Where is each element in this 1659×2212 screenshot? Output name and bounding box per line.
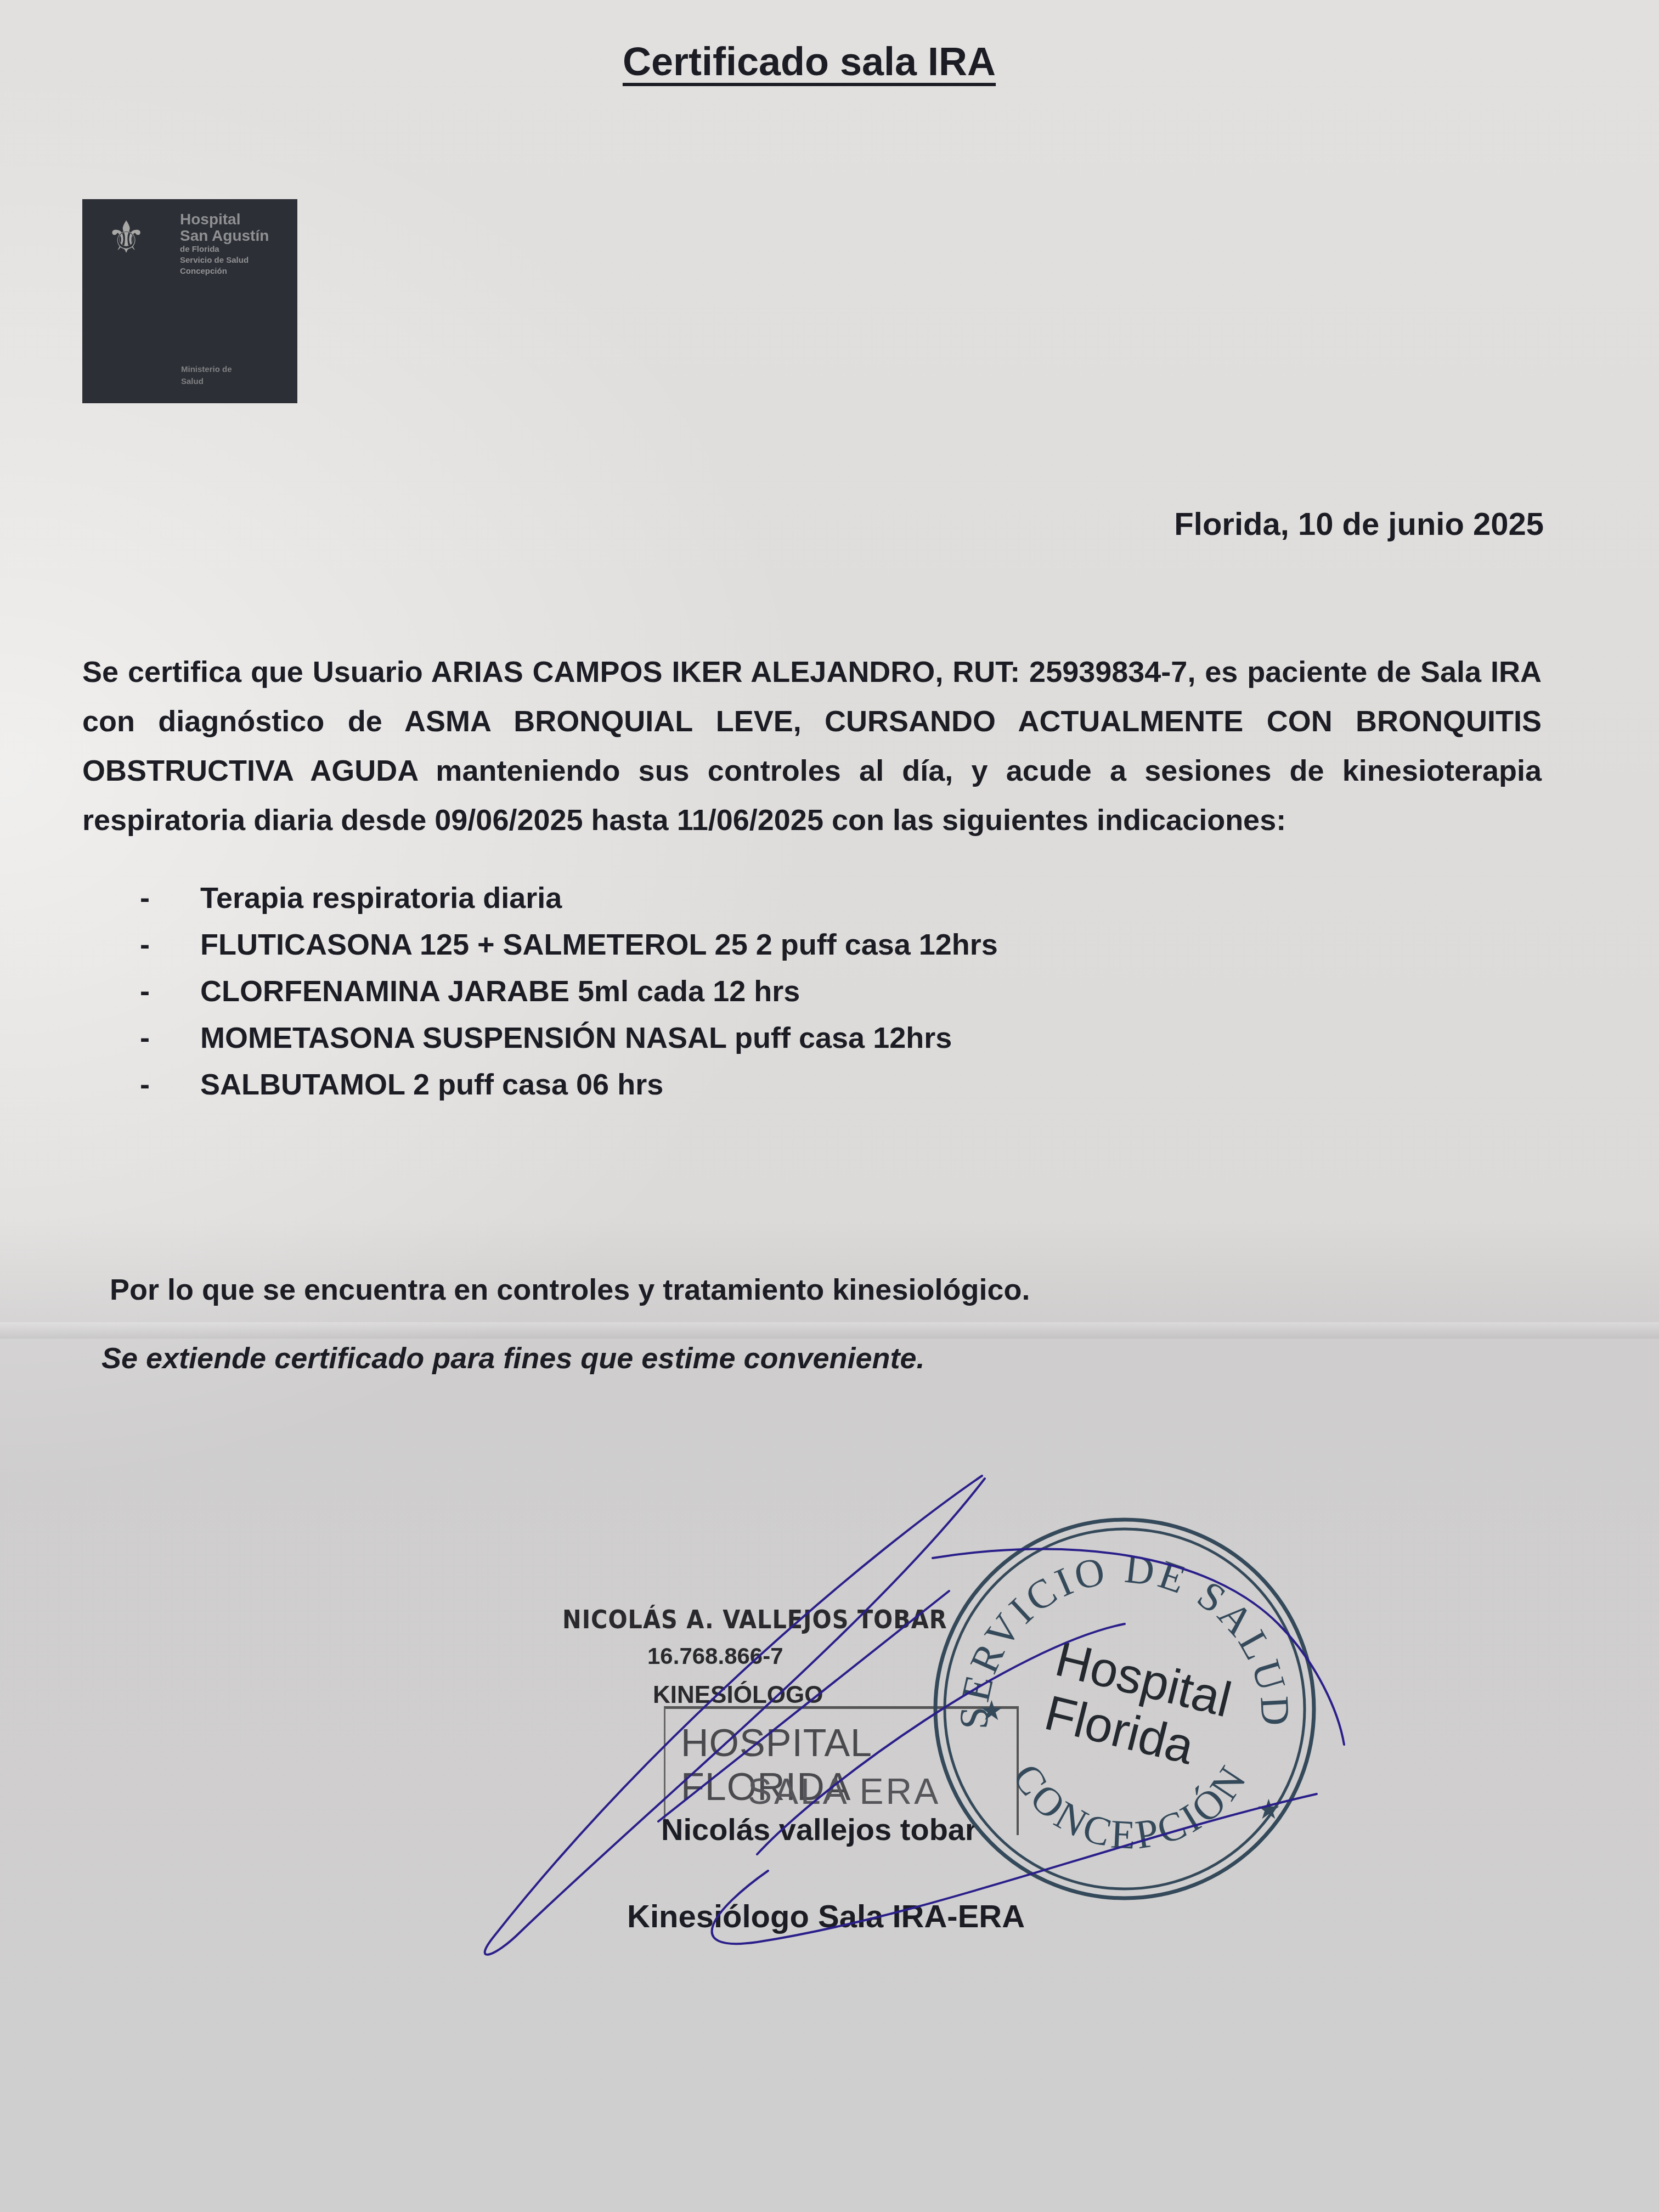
place-date: Florida, 10 de junio 2025 (1174, 506, 1544, 543)
paper-fold (0, 1322, 1659, 1339)
date-to: 11/06/2025 (677, 804, 823, 837)
closing-purpose: Se extiende certificado para fines que e… (101, 1341, 925, 1375)
star-icon: ★ (979, 1695, 1004, 1726)
closing-statement: Por lo que se encuentra en controles y t… (110, 1273, 1030, 1307)
certificate-body: Se certifica que Usuario ARIAS CAMPOS IK… (82, 647, 1542, 845)
list-item: -MOMETASONA SUSPENSIÓN NASAL puff casa 1… (140, 1015, 998, 1062)
list-item: -Terapia respiratoria diaria (140, 875, 998, 922)
logo-text: Hospital San Agustín de Florida Servicio… (180, 211, 269, 277)
hospital-logo: ⚜ Hospital San Agustín de Florida Servic… (82, 199, 297, 403)
logo-ministry: Ministerio de Salud (181, 364, 232, 388)
document-title: Certificado sala IRA (0, 39, 1618, 84)
stamp-rut: 16.768.866-7 (647, 1643, 783, 1669)
date-from: 09/06/2025 (435, 804, 583, 837)
patient-rut: 25939834-7 (1029, 656, 1187, 689)
patient-name: ARIAS CAMPOS IKER ALEJANDRO (431, 656, 935, 689)
list-item: -FLUTICASONA 125 + SALMETEROL 25 2 puff … (140, 922, 998, 968)
stamp-title: KINESIÓLOGO (653, 1681, 823, 1709)
list-item: -CLORFENAMINA JARABE 5ml cada 12 hrs (140, 968, 998, 1015)
official-seal: SERVICIO DE SALUD CONCEPCIÓN ★ ★ Hospita… (927, 1511, 1322, 1906)
svg-text:CONCEPCIÓN: CONCEPCIÓN (1003, 1756, 1256, 1858)
chile-coat-of-arms-icon: ⚜ (96, 213, 156, 262)
stamp-name: NICOLÁS A. VALLEJOS TOBAR (562, 1605, 947, 1634)
certificate-page: Certificado sala IRA ⚜ Hospital San Agus… (0, 0, 1659, 2212)
list-item: -SALBUTAMOL 2 puff casa 06 hrs (140, 1062, 998, 1108)
indications-list: -Terapia respiratoria diaria -FLUTICASON… (140, 875, 998, 1108)
star-icon: ★ (1256, 1794, 1281, 1825)
